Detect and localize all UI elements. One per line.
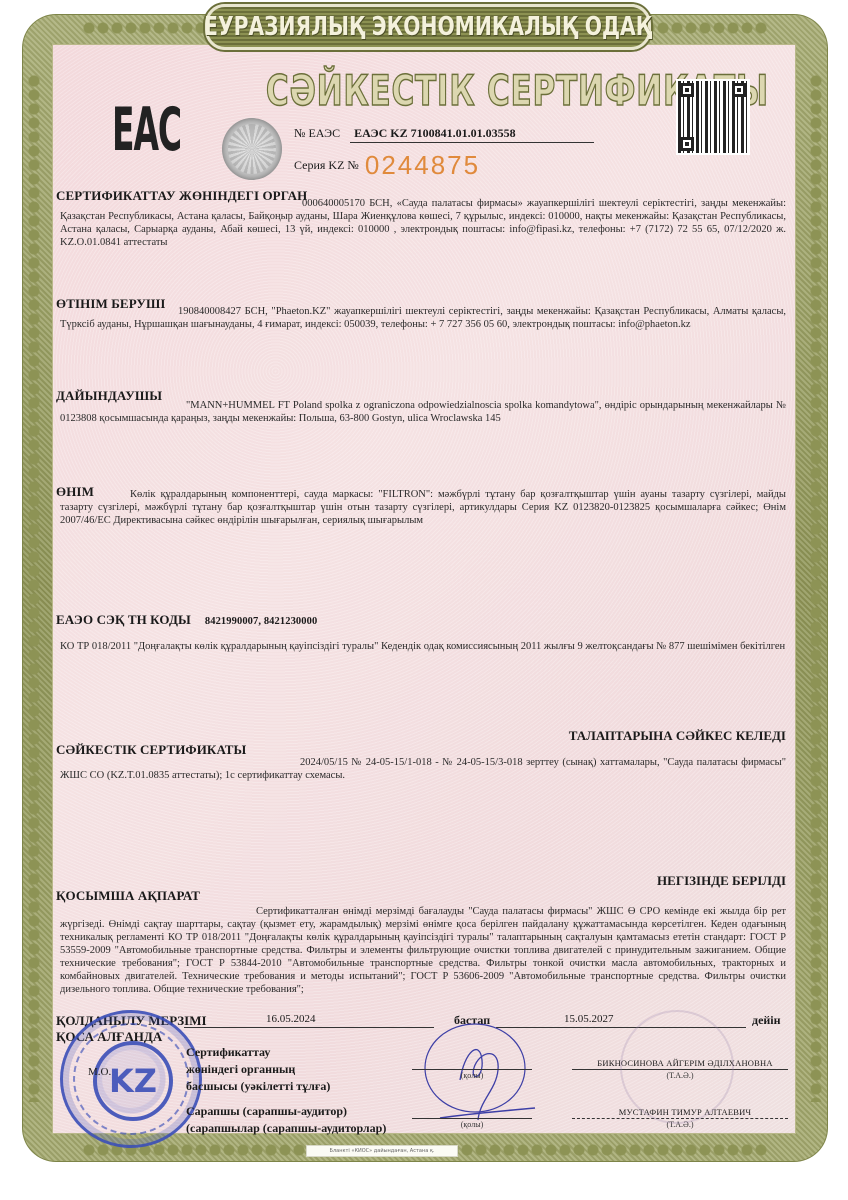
- certification-body-text: 000640005170 БСН, «Сауда палатасы фирмас…: [60, 197, 786, 249]
- series-label: Серия KZ №: [294, 158, 359, 173]
- expert-label-line2: (сарапшылар (сарапшы-аудиторлар): [186, 1120, 386, 1137]
- qr-finder-pattern: [680, 83, 694, 97]
- border-ornament-right: [810, 74, 822, 1102]
- valid-to-date: 15.05.2027: [564, 1013, 614, 1025]
- conformity-heading: ТАЛАПТАРЫНА СӘЙКЕС КЕЛЕДІ: [569, 728, 786, 744]
- valid-from-date: 16.05.2024: [266, 1013, 316, 1025]
- head-signature-line: [412, 1069, 532, 1070]
- printer-note: Бланкті «КИОС» дайындаған, Астана қ.: [306, 1145, 458, 1157]
- head-sign-caption: (қолы): [442, 1071, 502, 1080]
- registration-number: ЕАЭС KZ 7100841.01.01.03558: [350, 126, 594, 143]
- to-keyword: дейін: [752, 1013, 781, 1028]
- product-text: Көлік құралдарының компоненттері, сауда …: [60, 488, 786, 527]
- border-ornament-left: [28, 74, 40, 1102]
- expert-sign-caption: (қолы): [442, 1120, 502, 1129]
- applicant-text: 190840008427 БСН, "Phaeton.KZ" жауапкерш…: [60, 305, 786, 331]
- hologram-icon: [222, 118, 282, 180]
- conformity-text: 2024/05/15 № 24-05-15/1-018 - № 24-05-15…: [60, 756, 786, 782]
- expert-signature-line: [412, 1118, 532, 1119]
- expert-label-line1: Сарапшы (сарапшы-аудитор): [186, 1103, 386, 1120]
- eac-mark-icon: EAC: [112, 100, 181, 160]
- series-row: Серия KZ № 0244875: [294, 150, 480, 181]
- official-stamp-icon: KZ: [60, 1010, 202, 1148]
- qr-code-icon[interactable]: [676, 79, 750, 155]
- section-title-additional-info: ҚОСЫМША АҚПАРАТ: [56, 888, 200, 904]
- head-label-line3: басшысы (уәкілетті тұлға): [186, 1078, 330, 1095]
- head-signatory-label: Сертификаттау жөніндегі органның басшысы…: [186, 1044, 330, 1095]
- faint-stamp-icon: [620, 1010, 734, 1124]
- registration-label: № ЕАЭС: [294, 126, 340, 141]
- seal-place-label: М.О.: [88, 1064, 111, 1081]
- expert-signatory-label: Сарапшы (сарапшы-аудитор) (сарапшылар (с…: [186, 1103, 386, 1137]
- from-date-line: [184, 1027, 434, 1028]
- head-label-line2: жөніндегі органның: [186, 1061, 330, 1078]
- head-label-line1: Сертификаттау: [186, 1044, 330, 1061]
- technical-regulation-text: КО ТР 018/2011 "Доңғалақты көлік құралда…: [60, 640, 786, 653]
- qr-finder-pattern: [680, 137, 694, 151]
- manufacturer-text: "MANN+HUMMEL FT Poland spolka z ogranicz…: [60, 399, 786, 425]
- document-title: СӘЙКЕСТІК СЕРТИФИКАТЫ: [266, 66, 584, 115]
- section-title-hs-code: ЕАЭО СЭҚ ТН КОДЫ8421990007, 8421230000: [56, 612, 317, 628]
- hs-code-label: ЕАЭО СЭҚ ТН КОДЫ: [56, 612, 191, 627]
- qr-finder-pattern: [732, 83, 746, 97]
- issued-basis-heading: НЕГІЗІНДЕ БЕРІЛДІ: [657, 873, 786, 889]
- additional-info-text: Сертификатталған өнімді мерзімді бағалау…: [60, 905, 786, 996]
- union-banner-text: ЕУРАЗИЯЛЫҚ ЭКОНОМИКАЛЫҚ ОДАҚ: [204, 12, 651, 42]
- union-banner: ЕУРАЗИЯЛЫҚ ЭКОНОМИКАЛЫҚ ОДАҚ: [205, 4, 651, 50]
- registration-number-row: № ЕАЭС ЕАЭС KZ 7100841.01.01.03558: [294, 126, 594, 143]
- stamp-logo: KZ: [93, 1041, 173, 1121]
- series-number: 0244875: [365, 150, 480, 181]
- hs-code-values: 8421990007, 8421230000: [205, 616, 317, 627]
